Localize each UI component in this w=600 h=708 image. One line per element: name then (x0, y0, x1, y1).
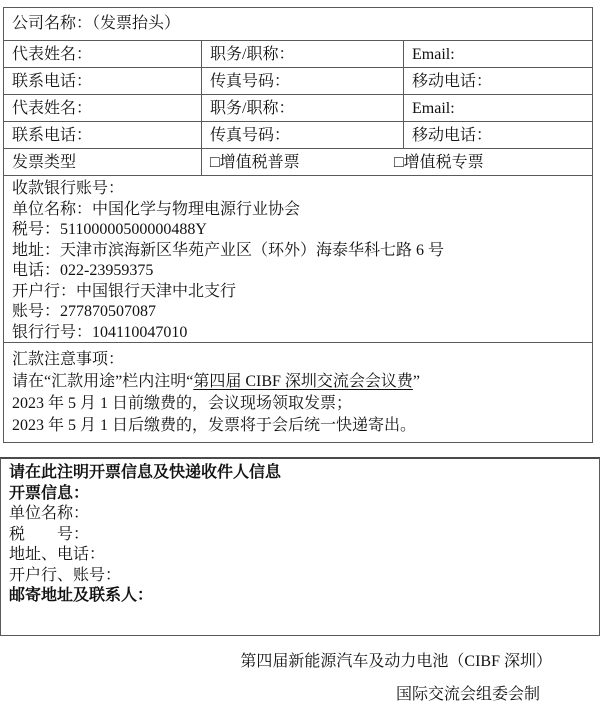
remit-purpose-underlined: 第四届 CIBF 深圳交流会会议费 (193, 373, 413, 390)
rep1-name-row: 代表姓名： 职务/职称： Email: (4, 40, 592, 67)
document-page: 公司名称：（发票抬头） 代表姓名： 职务/职称： Email: 联系电话： 传真… (0, 0, 600, 708)
bank-org-name-line: 单位名称：中国化学与物理电源行业协会 (12, 200, 584, 221)
remit-purpose-suffix: ” (413, 373, 420, 390)
remit-notes-title: 汇款注意事项： (12, 349, 584, 371)
vat-general-option: □增值税普票 (210, 149, 394, 176)
bank-account-section: 收款银行账号： 单位名称：中国化学与物理电源行业协会 税号：5110000050… (4, 175, 592, 342)
vat-special-label: 增值税专票 (404, 154, 484, 171)
remittance-notes-section: 汇款注意事项： 请在“汇款用途”栏内注明“第四届 CIBF 深圳交流会会议费” … (4, 342, 592, 442)
bank-branch-line: 开户行：中国银行天津中北支行 (12, 282, 584, 303)
invoice-org-name-field: 单位名称： (9, 504, 591, 525)
remit-before-date-line: 2023 年 5 月 1 日前缴费的，会议现场领取发票； (12, 393, 584, 415)
job-title-label: 职务/职称： (201, 41, 403, 68)
rep-name-label: 代表姓名： (4, 41, 201, 68)
mobile-label: 移动电话： (403, 68, 592, 95)
fax-label: 传真号码： (201, 122, 403, 149)
company-name-row: 公司名称：（发票抬头） (4, 8, 592, 40)
contact-bank-table: 公司名称：（发票抬头） 代表姓名： 职务/职称： Email: 联系电话： 传真… (3, 7, 593, 443)
remit-purpose-prefix: 请在“汇款用途”栏内注明“ (12, 373, 193, 390)
invoice-bank-account-field: 开户行、账号： (9, 566, 591, 587)
rep1-phone-row: 联系电话： 传真号码： 移动电话： (4, 67, 592, 94)
bank-account-number-line: 账号：277870507087 (12, 302, 584, 323)
invoice-type-label: 发票类型 (4, 149, 201, 176)
remit-purpose-line: 请在“汇款用途”栏内注明“第四届 CIBF 深圳交流会会议费” (12, 371, 584, 393)
contact-phone-label: 联系电话： (4, 122, 201, 149)
invoice-info-table: 请在此注明开票信息及快递收件人信息 开票信息： 单位名称： 税 号： 地址、电话… (0, 457, 600, 636)
mailing-address-label: 邮寄地址及联系人： (9, 586, 591, 607)
invoice-tax-id-field: 税 号： (9, 525, 591, 546)
checkbox-icon: □ (210, 154, 220, 171)
rep2-name-row: 代表姓名： 职务/职称： Email: (4, 94, 592, 121)
email-label: Email: (403, 95, 592, 122)
invoice-info-subheading: 开票信息： (9, 484, 591, 505)
footer-committee-name: 国际交流会组委会制 (0, 685, 600, 705)
bank-tax-id-line: 税号：51100000500000488Y (12, 220, 584, 241)
bank-routing-number-line: 银行行号：104110047010 (12, 323, 584, 344)
bank-address-line: 地址：天津市滨海新区华苑产业区（环外）海泰华科七路 6 号 (12, 241, 584, 262)
invoice-type-row: 发票类型 □增值税普票□增值税专票 (4, 148, 592, 175)
vat-special-option: □增值税专票 (394, 154, 484, 171)
invoice-info-heading: 请在此注明开票信息及快递收件人信息 (9, 463, 591, 484)
bank-section-title: 收款银行账号： (12, 179, 584, 200)
mobile-label: 移动电话： (403, 122, 592, 149)
email-label: Email: (403, 41, 592, 68)
vat-general-label: 增值税普票 (220, 154, 300, 171)
footer-event-name: 第四届新能源汽车及动力电池（CIBF 深圳） (0, 652, 600, 672)
fax-label: 传真号码： (201, 68, 403, 95)
rep-name-label: 代表姓名： (4, 95, 201, 122)
remit-after-date-line: 2023 年 5 月 1 日后缴费的，发票将于会后统一快递寄出。 (12, 415, 584, 437)
bank-phone-line: 电话：022-23959375 (12, 261, 584, 282)
contact-phone-label: 联系电话： (4, 68, 201, 95)
rep2-phone-row: 联系电话： 传真号码： 移动电话： (4, 121, 592, 148)
job-title-label: 职务/职称： (201, 95, 403, 122)
invoice-type-options: □增值税普票□增值税专票 (201, 149, 592, 176)
checkbox-icon: □ (394, 154, 404, 171)
company-name-label: 公司名称：（发票抬头） (12, 15, 180, 32)
invoice-address-phone-field: 地址、电话： (9, 545, 591, 566)
